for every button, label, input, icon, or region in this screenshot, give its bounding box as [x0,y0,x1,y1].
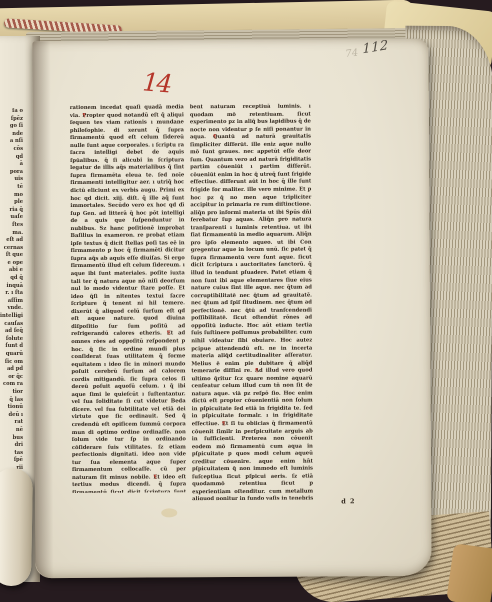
facing-page-line-fragment: inquā [0,283,23,291]
facing-page-line-fragment: uis [0,176,23,184]
parchment-cover-bottom-right-corner [446,543,492,602]
facing-page-line-fragment: mo [0,192,23,200]
facing-page-line-fragment: ſic om [0,359,23,367]
facing-page-line-fragment: ad pd [0,366,23,374]
handwritten-folio-number: 112 [362,38,388,57]
facing-page-line-fragment: ple [0,199,23,207]
rubric-pilcrow: ¶ [213,134,216,142]
facing-page-line-fragment: com ra [0,381,23,389]
facing-page-line-fragment: or q̄c [0,374,23,382]
printed-signature-mark: d 2 [341,497,355,505]
facing-page-line-fragment: quarū [0,351,23,359]
facing-page-line-fragment: r. ı ſta [0,290,23,298]
facing-page-line-fragment: ſolute [0,336,23,344]
facing-page-line-fragment: rat [0,419,23,427]
red-ink-quire-mark: 14 [141,67,171,98]
facing-page-line-fragment: ſpē [0,457,23,465]
facing-page-line-fragment: ma. [0,230,23,238]
text-column-left: rationem incedat quaſi quadā media via. … [70,104,186,493]
facing-page-line-fragment: cernas [0,245,23,253]
facing-page-line-fragment: q̄ las [0,397,23,405]
facing-page-line-fragment: vnde. [0,305,23,313]
rubric-pilcrow: ¶ [153,474,156,482]
facing-page-line-fragment: ſtes [0,222,23,230]
paper-stain [161,508,177,517]
facing-page-line-fragment: dri [0,442,23,450]
facing-page-line-fragment: ſpēz [0,116,23,124]
facing-page-line-fragment: qd [0,154,23,162]
facing-page-line-fragment: e ope [0,260,23,268]
faint-pencil-mark: 74 [345,48,359,60]
facing-page-line-fragment: aſſim [0,298,23,306]
facing-page-line-fragment: ā [0,161,23,169]
facing-page-line-fragment: tionū [0,404,23,412]
facing-page-line-fragment: deū ı [0,412,23,420]
facing-page-line-fragment: nde [0,131,23,139]
facing-page-line-fragment: eſt ad [0,237,23,245]
facing-page-line-fragment: qd q̄ [0,275,23,283]
facing-page-line-fragment: ſt que [0,252,23,260]
rubric-pilcrow: ¶ [167,331,170,339]
facing-page-line-fragment: abi e [0,267,23,275]
facing-page-line-fragment: pora [0,169,23,177]
facing-page-line-fragment: bus [0,435,23,443]
facing-page-line-fragment: tior [0,389,23,397]
facing-page-line-fragment: ad ſeq̄ [0,328,23,336]
rubric-pilcrow: ¶ [222,421,225,429]
facing-page-text-fragments: ſa ōſpēzgo ſindea nſicōsqdāporauistēmopl… [0,108,23,500]
facing-page-line-fragment: cauſas [0,321,23,329]
text-column-right: bent naturam receptiuā luminis. ı quodam… [190,104,313,501]
facing-page-line-fragment: intelligi [0,313,23,321]
photo-open-book: ſa ōſpēzgo ſindea nſicōsqdāporauistēmopl… [0,0,492,602]
curled-page-edge [0,468,33,587]
facing-page-line-fragment: tē [0,184,23,192]
facing-page-line-fragment: uaſe [0,214,23,222]
facing-page-line-fragment: ria q̄ [0,207,23,215]
recto-page: 74 112 14 rationem incedat quaſi quadā m… [32,39,431,578]
facing-page-line-fragment: nē [0,427,23,435]
facing-page-line-fragment: a nſi [0,138,23,146]
gutter-shadow [32,41,53,578]
facing-page-line-fragment: ſunt d [0,343,23,351]
facing-page-line-fragment: go ſi [0,123,23,131]
rubric-pilcrow: ¶ [255,368,258,376]
facing-page-line-fragment: tas [0,450,23,458]
facing-page-line-fragment: cōs [0,146,23,154]
rubric-pilcrow: ¶ [82,112,85,120]
facing-page-line-fragment: ſa ō [0,108,23,116]
